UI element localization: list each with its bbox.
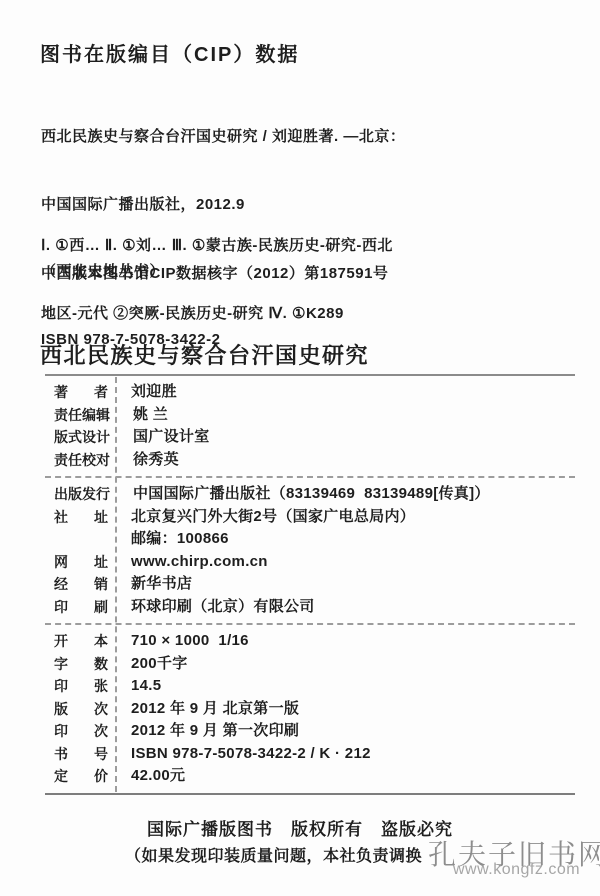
table-row: 开 本 710 × 1000 1/16: [45, 630, 575, 653]
row-label: [45, 528, 115, 551]
row-label: 社 址: [45, 506, 115, 529]
row-value: 徐秀英: [117, 449, 179, 472]
row-value: 北京复兴门外大街2号（国家广电总局内）: [115, 506, 415, 529]
row-label: 印 张: [45, 675, 115, 698]
row-value: 14.5: [115, 675, 161, 698]
table-row: 字 数 200千字: [45, 653, 575, 676]
row-value: 2012 年 9 月 北京第一版: [115, 698, 299, 721]
row-label: 字 数: [45, 653, 115, 676]
table-row: 版式设计 国广设计室: [45, 426, 575, 449]
table-row: 印 次 2012 年 9 月 第一次印刷: [45, 720, 575, 743]
cip-description-line1: 西北民族史与察合台汗国史研究 / 刘迎胜著. —北京：: [41, 126, 405, 149]
row-label: 责任校对: [45, 449, 117, 472]
table-row: 书 号 ISBN 978-7-5078-3422-2 / K · 212: [45, 743, 575, 766]
colophon-block-publisher: 出版发行 中国国际广播出版社（83139469 83139489[传真]） 社 …: [45, 476, 575, 623]
row-value: 刘迎胜: [115, 381, 177, 404]
table-row: 印 刷 环球印刷（北京）有限公司: [45, 596, 575, 619]
row-value: 200千字: [115, 653, 188, 676]
column-divider-line: [115, 377, 117, 792]
row-value: 中国国际广播出版社（83139469 83139489[传真]）: [117, 483, 490, 506]
table-row: 印 张 14.5: [45, 675, 575, 698]
row-value: 2012 年 9 月 第一次印刷: [115, 720, 299, 743]
row-label: 经 销: [45, 573, 115, 596]
row-value: 新华书店: [115, 573, 192, 596]
row-label: 责任编辑: [45, 404, 117, 427]
book-title: 西北民族史与察合台汗国史研究: [40, 339, 369, 370]
row-label: 印 刷: [45, 596, 115, 619]
row-label: 书 号: [45, 743, 115, 766]
table-row: 定 价 42.00元: [45, 765, 575, 788]
colophon-block-staff: 著 者 刘迎胜 责任编辑 姚 兰 版式设计 国广设计室 责任校对 徐秀英: [45, 376, 575, 476]
quality-exchange-notice: （如果发现印装质量问题，本社负责调换: [125, 843, 422, 866]
row-value: 国广设计室: [117, 426, 210, 449]
row-value: 环球印刷（北京）有限公司: [115, 596, 315, 619]
row-label: 印 次: [45, 720, 115, 743]
table-row: 著 者 刘迎胜: [45, 381, 575, 404]
kongfz-watermark-url: www.kongfz.com: [453, 861, 580, 879]
row-label: 出版发行: [45, 483, 117, 506]
cip-classification-line1: Ⅰ. ①西… Ⅱ. ①刘… Ⅲ. ①蒙古族-民族历史-研究-西北: [41, 235, 393, 258]
table-row: 经 销 新华书店: [45, 573, 575, 596]
table-row: 网 址 www.chirp.com.cn: [45, 551, 575, 574]
row-value: 邮编：100866: [115, 528, 229, 551]
cip-header-title: 图书在版编目（CIP）数据: [40, 38, 299, 67]
table-row: 出版发行 中国国际广播出版社（83139469 83139489[传真]）: [45, 483, 575, 506]
row-label: 版 次: [45, 698, 115, 721]
cip-classification-line2: 地区-元代 ②突厥-民族历史-研究 Ⅳ. ①K289: [41, 303, 393, 326]
colophon-block-edition: 开 本 710 × 1000 1/16 字 数 200千字 印 张 14.5 版…: [45, 623, 575, 793]
row-label: 著 者: [45, 381, 115, 404]
row-label: 开 本: [45, 630, 115, 653]
table-row: 社 址 北京复兴门外大街2号（国家广电总局内）: [45, 506, 575, 529]
table-row: 责任校对 徐秀英: [45, 449, 575, 472]
row-value: 710 × 1000 1/16: [115, 630, 249, 653]
scanned-copyright-page: 图书在版编目（CIP）数据 西北民族史与察合台汗国史研究 / 刘迎胜著. —北京…: [0, 0, 600, 896]
row-value: 42.00元: [115, 765, 185, 788]
row-label: 版式设计: [45, 426, 117, 449]
colophon-table: 著 者 刘迎胜 责任编辑 姚 兰 版式设计 国广设计室 责任校对 徐秀英 出版发…: [45, 374, 575, 795]
table-row: 邮编：100866: [45, 528, 575, 551]
row-value: 姚 兰: [117, 404, 168, 427]
table-row: 版 次 2012 年 9 月 北京第一版: [45, 698, 575, 721]
cip-record-number: 中国版本图书馆CIP数据核字（2012）第187591号: [41, 262, 388, 283]
row-label: 网 址: [45, 551, 115, 574]
row-value: www.chirp.com.cn: [115, 551, 268, 574]
row-label: 定 价: [45, 765, 115, 788]
row-value: ISBN 978-7-5078-3422-2 / K · 212: [115, 743, 371, 766]
table-row: 责任编辑 姚 兰: [45, 404, 575, 427]
